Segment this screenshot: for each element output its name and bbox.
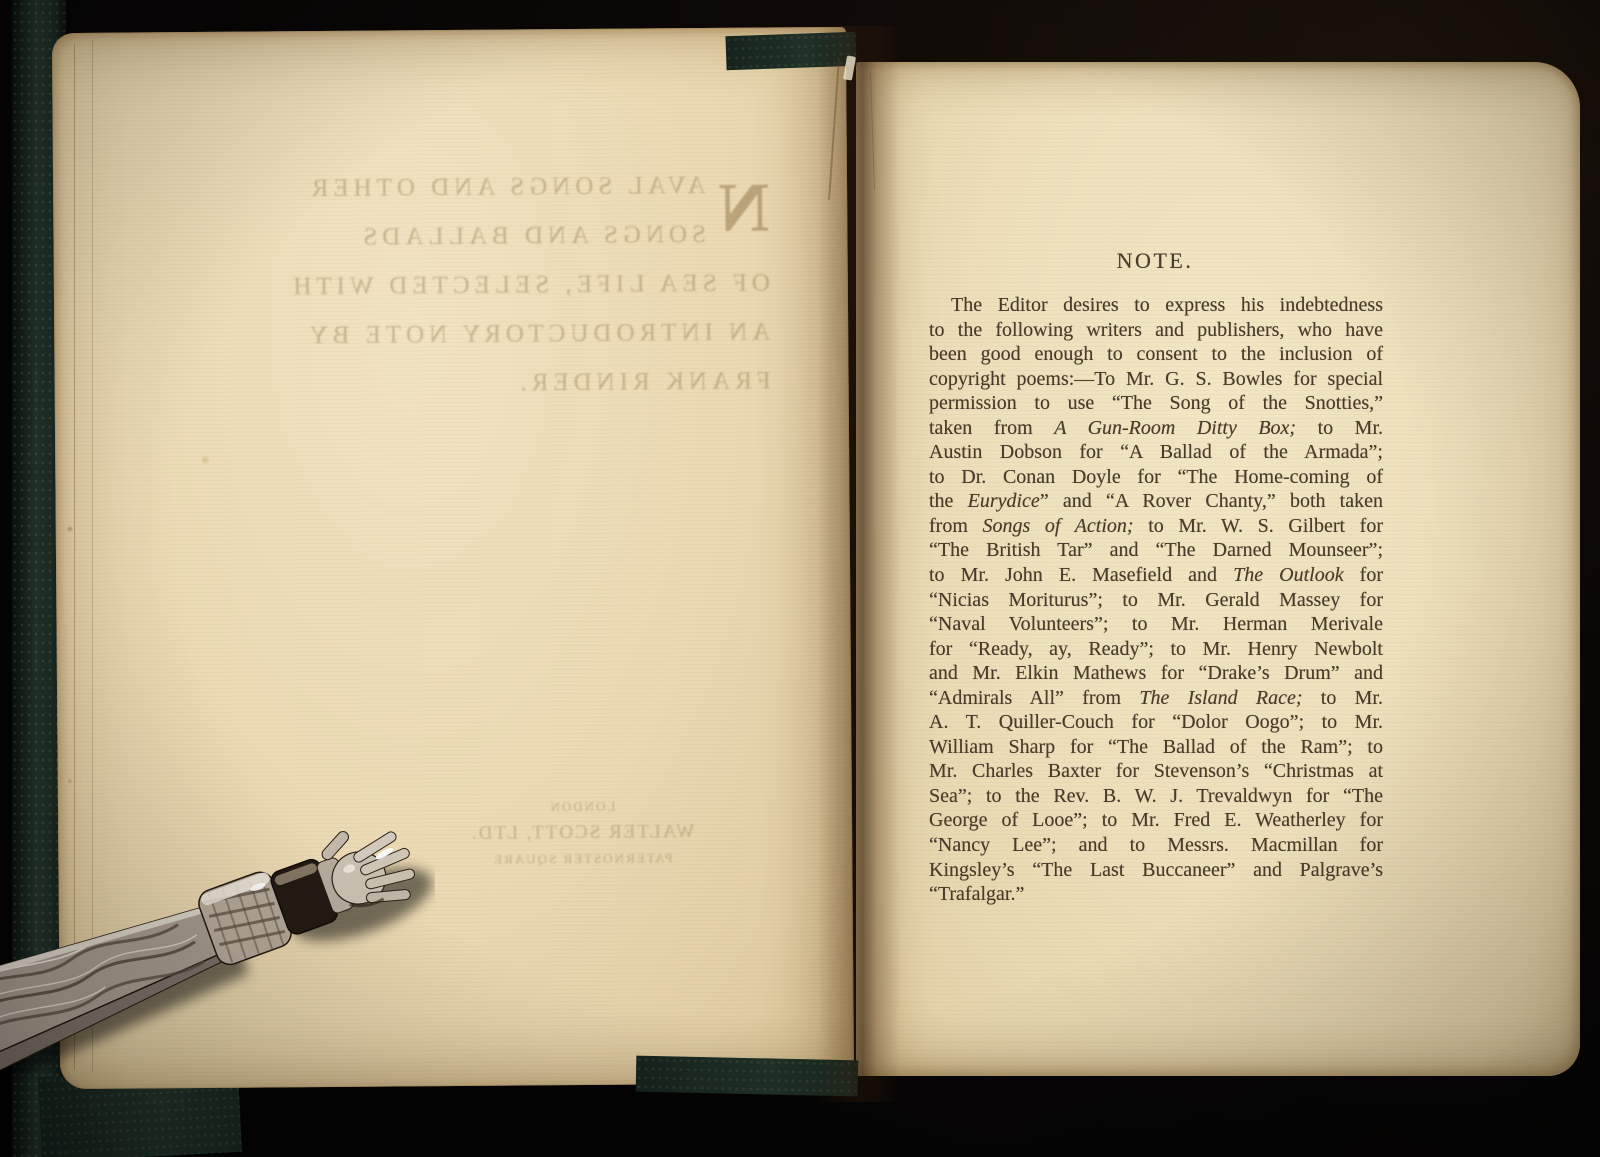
note-line: “The British Tar” and “The Darned Mounse…	[929, 538, 1383, 563]
note-line: permission to use “The Song of the Snott…	[929, 391, 1383, 416]
ghost-imprint-line: LONDON	[424, 794, 740, 820]
ghost-imprint-line: WALTER SCOTT, LTD.	[424, 818, 740, 848]
note-paragraph: The Editor desires to express his indebt…	[929, 293, 1383, 907]
note-line: to the following writers and publishers,…	[929, 318, 1383, 343]
note-line: for “Ready, ay, Ready”; to Mr. Henry New…	[929, 637, 1383, 662]
note-line: George of Looe”; to Mr. Fred E. Weatherl…	[929, 808, 1383, 833]
ghost-title-line: SONGS AND BALLADS	[221, 210, 769, 263]
right-page: NOTE. The Editor desires to express his …	[856, 62, 1580, 1076]
note-line: “Naval Volunteers”; to Mr. Herman Meriva…	[929, 612, 1383, 637]
book-photo: { "book": { "right_page": { "heading": "…	[0, 0, 1600, 1157]
note-line: and Mr. Elkin Mathews for “Drake’s Drum”…	[929, 661, 1383, 686]
note-line: William Sharp for “The Ballad of the Ram…	[929, 735, 1383, 760]
ghost-imprint-line: PATERNOSTER SQUARE	[424, 846, 740, 872]
note-line: to Dr. Conan Doyle for “The Home-coming …	[929, 465, 1383, 490]
note-line: “Admirals All” from The Island Race; to …	[929, 686, 1383, 711]
note-line: Mr. Charles Baxter for Stevenson’s “Chri…	[929, 759, 1383, 784]
note-line: Sea”; to the Rev. B. W. J. Trevaldwyn fo…	[929, 784, 1383, 809]
ghost-title-showthrough: NAVAL SONGS AND OTHERSONGS AND BALLADSOF…	[221, 161, 771, 410]
book-cover-bottom-sliver	[636, 1056, 859, 1097]
ghost-title-line: OF SEA LIFE, SELECTED WITH	[222, 259, 770, 312]
ghost-imprint-showthrough: LONDONWALTER SCOTT, LTD.PATERNOSTER SQUA…	[424, 794, 741, 872]
note-line: copyright poems:—To Mr. G. S. Bowles for…	[929, 367, 1383, 392]
note-line: the Eurydice” and “A Rover Chanty,” both…	[929, 489, 1383, 514]
ghost-title-line: AVAL SONGS AND OTHER	[221, 161, 769, 214]
ghost-drop-cap: N	[713, 163, 769, 255]
silver-bookmark-hand-icon	[0, 752, 435, 1132]
note-line: from Songs of Action; to Mr. W. S. Gilbe…	[929, 514, 1383, 539]
note-line: Austin Dobson for “A Ballad of the Armad…	[929, 440, 1383, 465]
note-line: Kingsley’s “The Last Buccaneer” and Palg…	[929, 858, 1383, 883]
note-line: been good enough to consent to the inclu…	[929, 342, 1383, 367]
ghost-title-line: FRANK RINDER.	[222, 357, 770, 410]
note-line: “Nancy Lee”; and to Messrs. Macmillan fo…	[929, 833, 1383, 858]
ghost-title-line: AN INTRODUCTORY NOTE BY	[222, 308, 770, 361]
note-line: to Mr. John E. Masefield and The Outlook…	[929, 563, 1383, 588]
note-line: The Editor desires to express his indebt…	[929, 293, 1383, 318]
note-line: taken from A Gun-Room Ditty Box; to Mr.	[929, 416, 1383, 441]
note-line: “Trafalgar.”	[929, 882, 1383, 907]
note-line: A. T. Quiller-Couch for “Dolor Oogo”; to…	[929, 710, 1383, 735]
note-line: “Nicias Moriturus”; to Mr. Gerald Massey…	[929, 588, 1383, 613]
note-heading: NOTE.	[928, 248, 1382, 274]
